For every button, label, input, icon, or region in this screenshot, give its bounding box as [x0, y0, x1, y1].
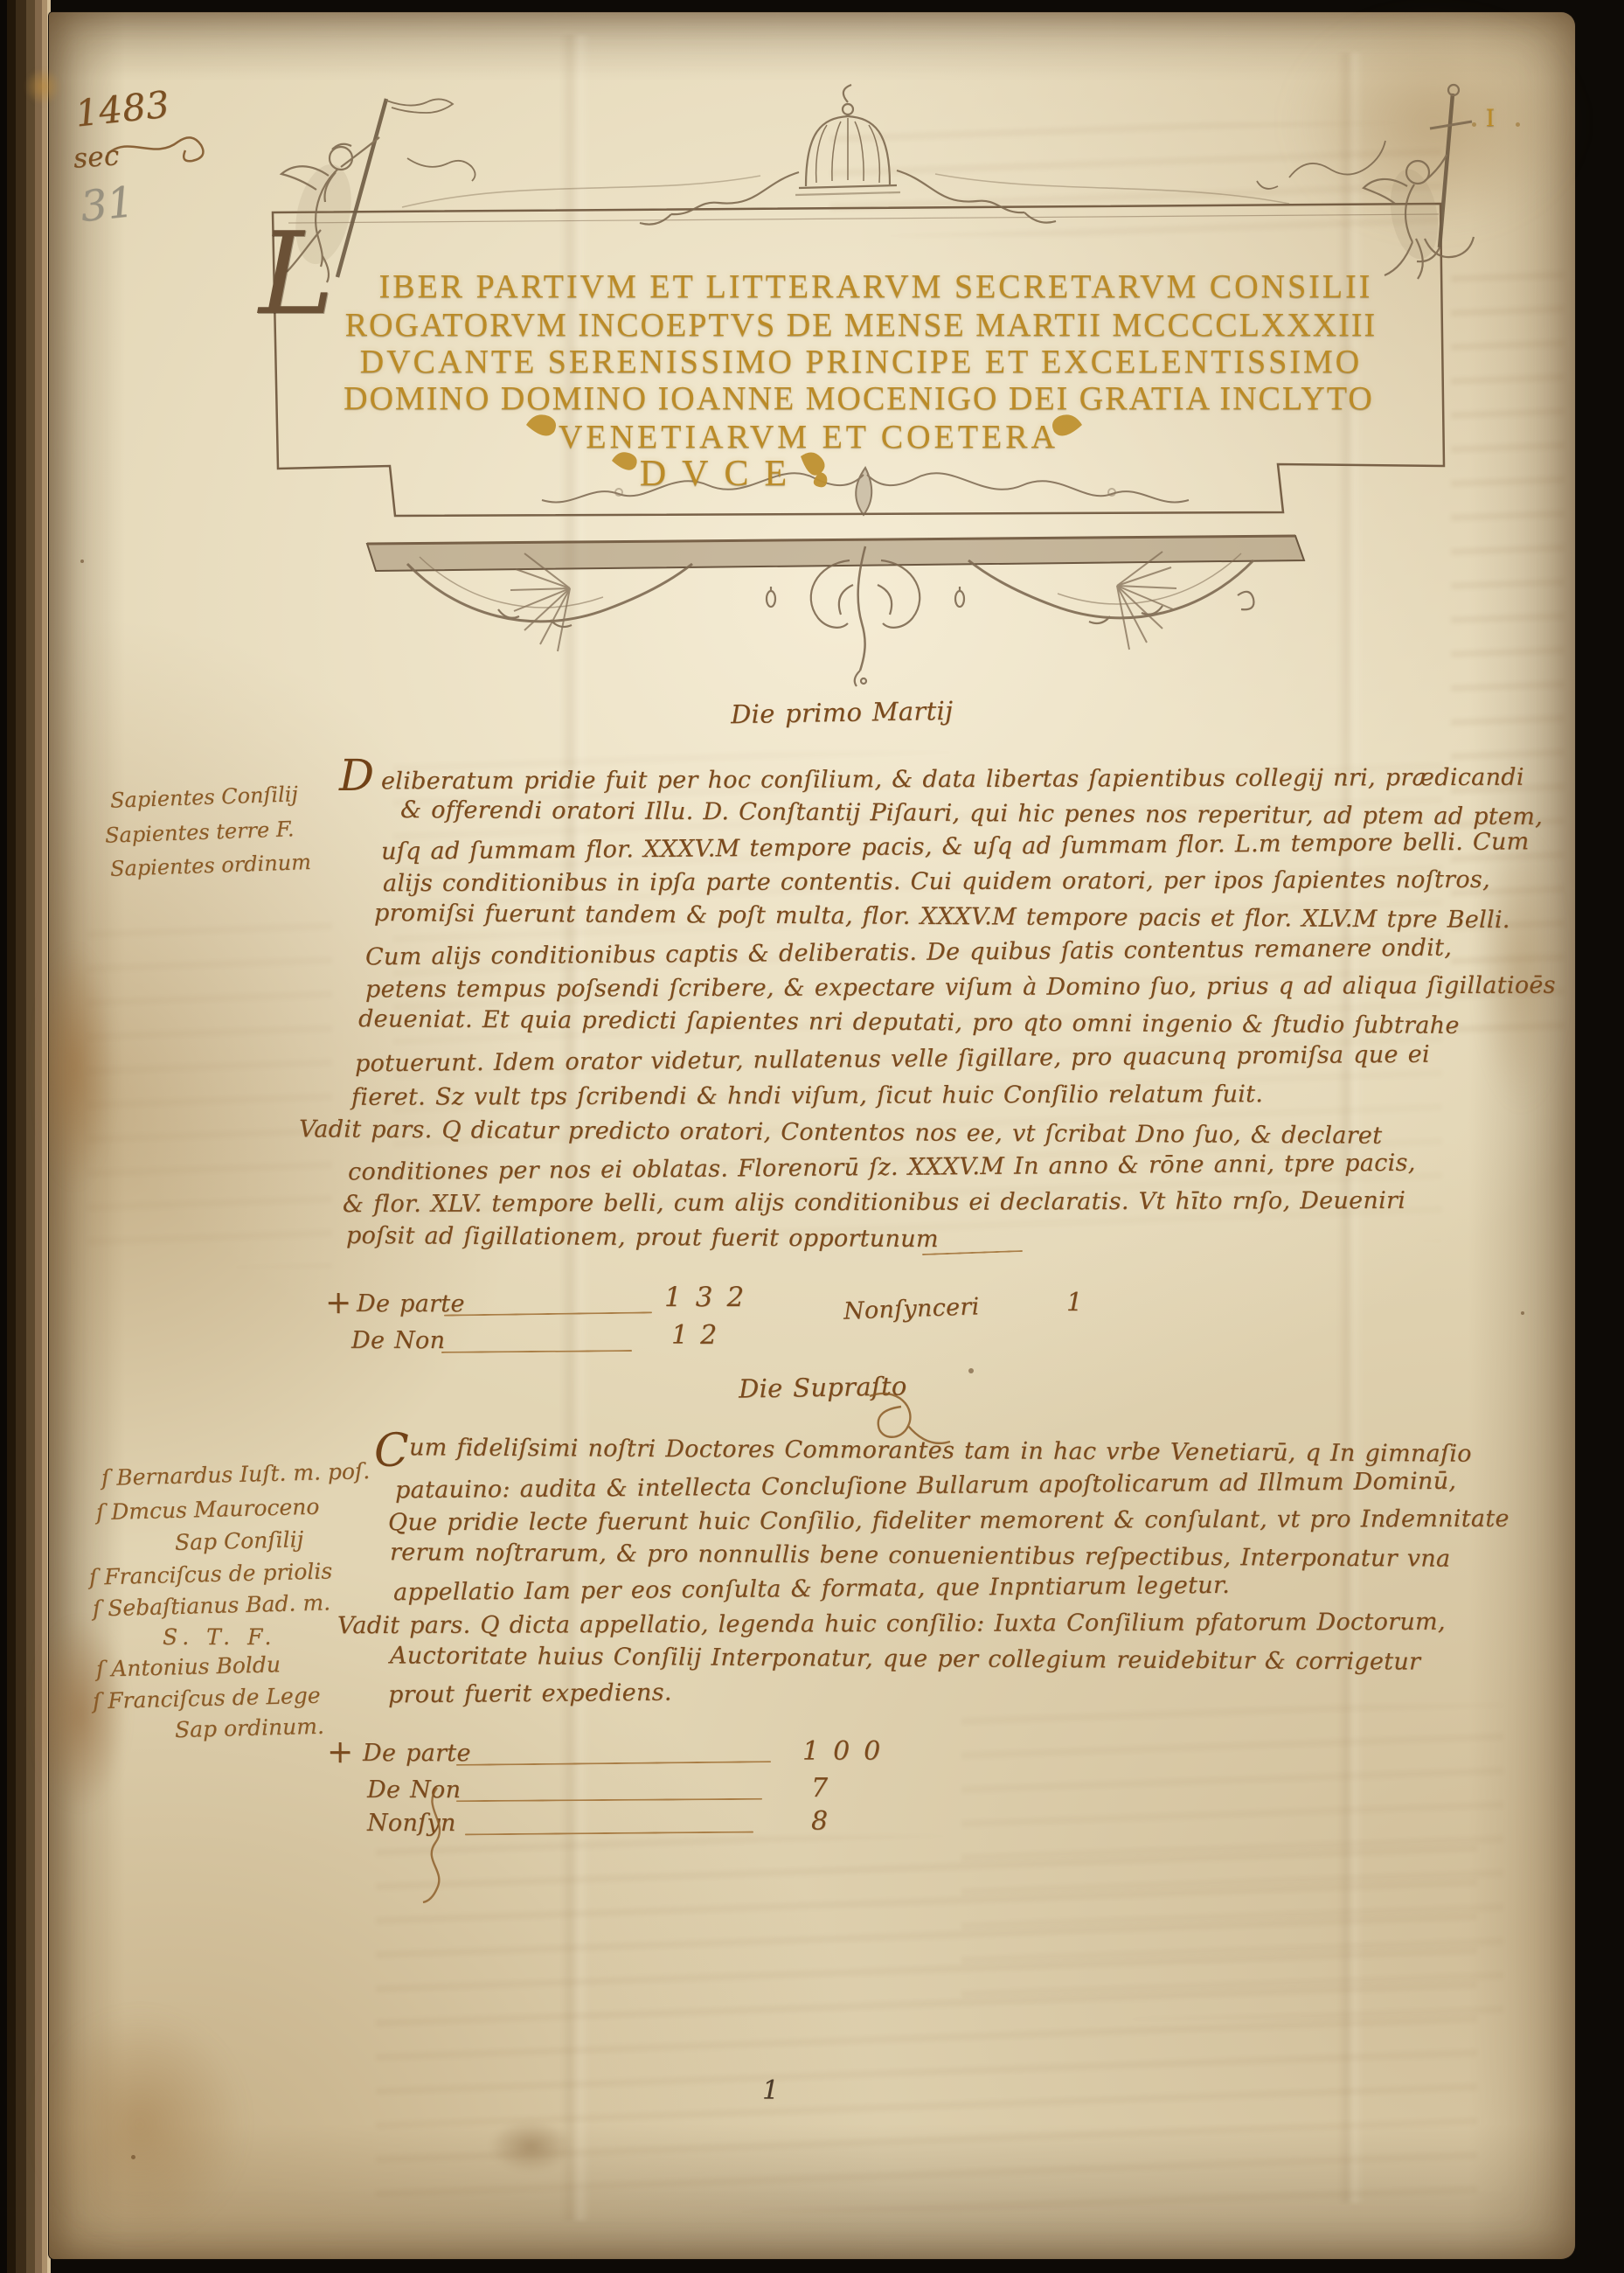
margin-note: S. T. F.	[163, 1624, 276, 1650]
book-gutter	[0, 0, 51, 2273]
tally-value: 8	[811, 1806, 828, 1837]
tally-flourish-icon	[411, 1783, 463, 1906]
body-line: alijs conditionibus in ipſa parte conten…	[383, 866, 1490, 897]
drop-cap: C	[374, 1425, 409, 1477]
drop-cap: D	[339, 750, 374, 801]
annotation-sec: sec	[73, 140, 121, 175]
body-line: & flor. XLV. tempore belli, cum alijs co…	[343, 1187, 1405, 1218]
page-number: 1	[762, 2075, 779, 2106]
margin-note: Sap Conſilij	[175, 1526, 304, 1555]
body-line: fieret. Sz vult tps ſcribendi & hndi viſ…	[351, 1081, 1263, 1111]
margin-note: Sap ordinum.	[175, 1713, 325, 1742]
ink-speck	[131, 2155, 135, 2159]
body-line: poſsit ad ſigillationem, prout fuerit op…	[346, 1222, 939, 1253]
tally-value: 100	[802, 1736, 894, 1767]
manuscript-photo: 1483 sec 31 I L IBER PARTIVM ET LITTERAR…	[0, 0, 1624, 2273]
ink-speck	[80, 560, 84, 563]
folio-dot	[1472, 122, 1476, 127]
tally-label: De parte	[357, 1290, 465, 1317]
body-line: Que pridie lecte fuerunt huic Conſilio, …	[388, 1505, 1509, 1536]
title-line: DVCE	[634, 453, 809, 495]
section-heading: Die primo Martij	[731, 696, 954, 729]
folio-number: I	[1486, 103, 1495, 133]
tally-value: 132	[664, 1282, 758, 1313]
title-line: ROGATORVM INCOEPTVS DE MENSE MARTII MCCC…	[302, 306, 1420, 344]
tally-value: 7	[811, 1773, 828, 1804]
side-tally-value: 1	[1066, 1287, 1083, 1317]
canopy-ornament-icon	[402, 85, 1289, 225]
ink-speck	[968, 1368, 974, 1373]
side-tally-label: Nonſynceri	[843, 1293, 981, 1324]
title-line: DOMINO DOMINO IOANNE MOCENIGO DEI GRATIA…	[297, 379, 1420, 418]
annotation-pencil-number: 31	[78, 177, 136, 232]
ink-speck	[1521, 1311, 1524, 1315]
annotation-flourish-icon	[103, 128, 226, 168]
tally-label: De parte	[363, 1740, 471, 1767]
body-line: petens tempus poſsendi ſcribere, & expec…	[365, 972, 1556, 1004]
folio-dot	[1516, 122, 1520, 127]
margin-note: ſ Antonius Boldu	[96, 1651, 281, 1682]
body-line: Vadit pars. Q dicta appellatio, legenda …	[337, 1609, 1446, 1639]
body-line: prout fuerit expediens.	[388, 1679, 672, 1709]
title-line: VENETIARVM ET COETERA	[555, 418, 1062, 456]
tally-cross-icon: +	[327, 1734, 353, 1770]
tally-cross-icon: +	[325, 1285, 351, 1321]
body-line: eliberatum pridie fuit per hoc conſilium…	[381, 764, 1524, 796]
title-line: DVCANTE SERENISSIMO PRINCIPE ET EXCELENT…	[306, 343, 1416, 381]
tally-value: 12	[671, 1320, 729, 1351]
tally-label: De Non	[351, 1327, 445, 1354]
title-line: IBER PARTIVM ET LITTERARVM SECRETARVM CO…	[325, 268, 1426, 306]
